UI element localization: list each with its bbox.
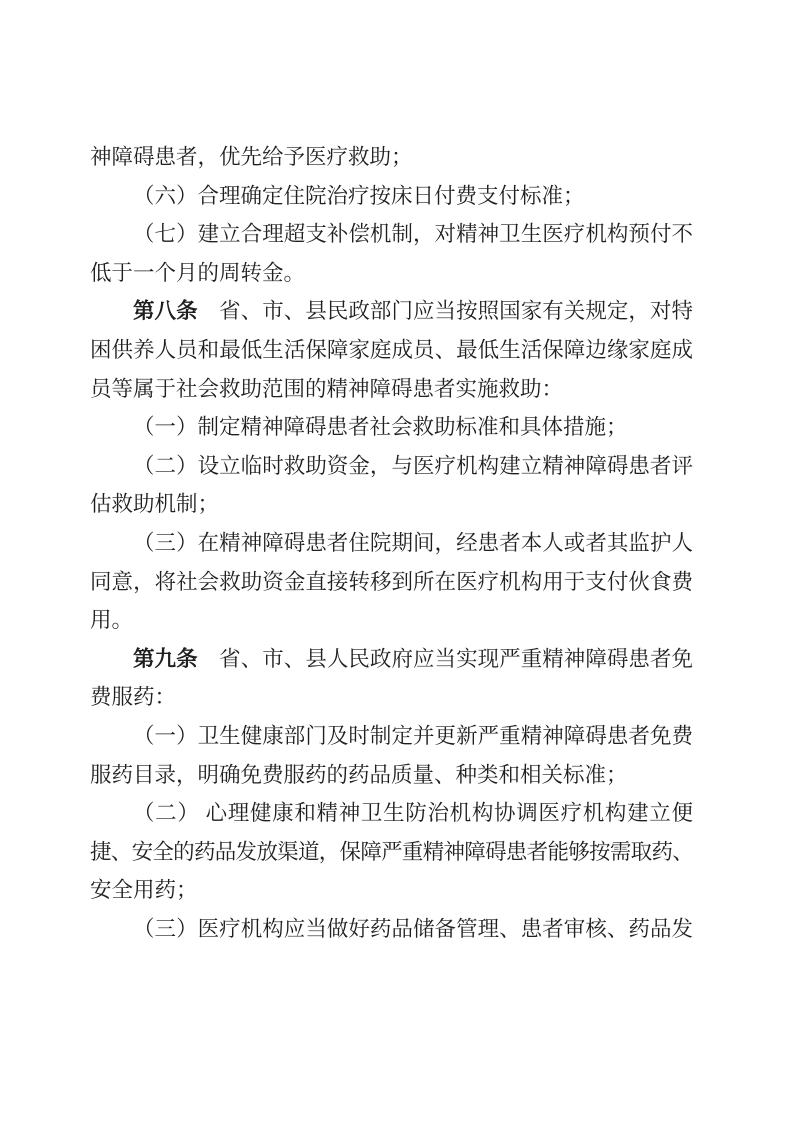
text-segment: 困供养人员和最低生活保障家庭成员、最低生活保障边缘家庭成 bbox=[90, 338, 693, 362]
text-segment: 费服药： bbox=[90, 685, 176, 709]
text-line: 神障碍患者，优先给予医疗救助； bbox=[90, 138, 693, 177]
text-segment: （七）建立合理超支补偿机制，对精神卫生医疗机构预付不 bbox=[133, 222, 693, 246]
text-segment: 省、市、县民政部门应当按照国家有关规定，对特 bbox=[198, 299, 693, 323]
text-line: （六）合理确定住院治疗按床日付费支付标准； bbox=[90, 177, 693, 216]
text-line: （一）制定精神障碍患者社会救助标准和具体措施； bbox=[90, 408, 693, 447]
article-number: 第八条 bbox=[133, 299, 198, 323]
text-line: （一）卫生健康部门及时制定并更新严重精神障碍患者免费 bbox=[90, 717, 693, 756]
text-segment: 捷、安全的药品发放渠道，保障严重精神障碍患者能够按需取药、 bbox=[90, 840, 693, 864]
text-line: （二）设立临时救助资金，与医疗机构建立精神障碍患者评 bbox=[90, 447, 693, 486]
text-line: 困供养人员和最低生活保障家庭成员、最低生活保障边缘家庭成 bbox=[90, 331, 693, 370]
text-line: 费服药： bbox=[90, 678, 693, 717]
text-segment: 估救助机制； bbox=[90, 492, 219, 516]
text-line: 低于一个月的周转金。 bbox=[90, 254, 693, 293]
text-segment: （二）设立临时救助资金，与医疗机构建立精神障碍患者评 bbox=[133, 454, 693, 478]
text-segment: 省、市、县人民政府应当实现严重精神障碍患者免 bbox=[198, 647, 693, 671]
text-line: （七）建立合理超支补偿机制，对精神卫生医疗机构预付不 bbox=[90, 215, 693, 254]
text-segment: 神障碍患者，优先给予医疗救助； bbox=[90, 145, 413, 169]
text-line: （二） 心理健康和精神卫生防治机构协调医疗机构建立便 bbox=[90, 794, 693, 833]
text-line: 第九条 省、市、县人民政府应当实现严重精神障碍患者免 bbox=[90, 640, 693, 679]
text-line: 安全用药； bbox=[90, 871, 693, 910]
text-segment: 安全用药； bbox=[90, 878, 198, 902]
document-page: 神障碍患者，优先给予医疗救助；（六）合理确定住院治疗按床日付费支付标准；（七）建… bbox=[0, 0, 793, 1122]
text-segment: 同意，将社会救助资金直接转移到所在医疗机构用于支付伙食费 bbox=[90, 570, 693, 594]
text-line: 员等属于社会救助范围的精神障碍患者实施救助： bbox=[90, 370, 693, 409]
text-line: 同意，将社会救助资金直接转移到所在医疗机构用于支付伙食费 bbox=[90, 563, 693, 602]
text-segment: （三）在精神障碍患者住院期间，经患者本人或者其监护人 bbox=[133, 531, 693, 555]
text-line: 捷、安全的药品发放渠道，保障严重精神障碍患者能够按需取药、 bbox=[90, 833, 693, 872]
text-segment: （一）卫生健康部门及时制定并更新严重精神障碍患者免费 bbox=[133, 724, 693, 748]
text-line: （三）在精神障碍患者住院期间，经患者本人或者其监护人 bbox=[90, 524, 693, 563]
text-line: 用。 bbox=[90, 601, 693, 640]
text-segment: （六）合理确定住院治疗按床日付费支付标准； bbox=[133, 184, 585, 208]
text-segment: 用。 bbox=[90, 608, 133, 632]
text-line: 服药目录，明确免费服药的药品质量、种类和相关标准； bbox=[90, 756, 693, 795]
text-line: 估救助机制； bbox=[90, 485, 693, 524]
article-number: 第九条 bbox=[133, 647, 198, 671]
text-segment: （二） 心理健康和精神卫生防治机构协调医疗机构建立便 bbox=[133, 801, 693, 825]
text-segment: （一）制定精神障碍患者社会救助标准和具体措施； bbox=[133, 415, 628, 439]
text-line: （三）医疗机构应当做好药品储备管理、患者审核、药品发 bbox=[90, 910, 693, 949]
text-segment: 低于一个月的周转金。 bbox=[90, 261, 305, 285]
text-segment: 服药目录，明确免费服药的药品质量、种类和相关标准； bbox=[90, 763, 628, 787]
document-body: 神障碍患者，优先给予医疗救助；（六）合理确定住院治疗按床日付费支付标准；（七）建… bbox=[90, 138, 693, 948]
text-segment: 员等属于社会救助范围的精神障碍患者实施救助： bbox=[90, 377, 563, 401]
text-segment: （三）医疗机构应当做好药品储备管理、患者审核、药品发 bbox=[133, 917, 693, 941]
text-line: 第八条 省、市、县民政部门应当按照国家有关规定，对特 bbox=[90, 292, 693, 331]
